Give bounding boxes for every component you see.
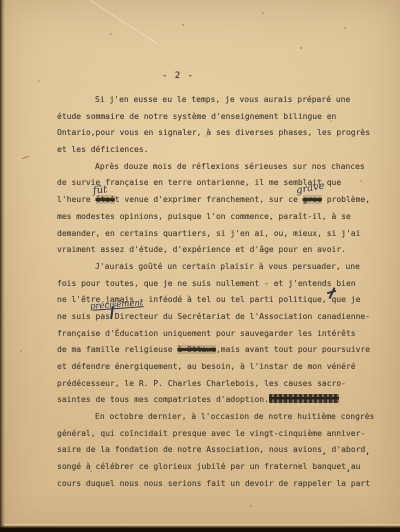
text-line: saintes de tous mes compatriotes d'adopt…: [57, 392, 379, 409]
typed-segment: problème,: [322, 195, 370, 204]
text-line: prédécesseur, le R. P. Charles Charleboi…: [57, 376, 379, 393]
handwritten-insertion: ,: [322, 447, 327, 456]
scan-bottom-edge-shadow: [0, 525, 400, 532]
struck-text: étai: [96, 195, 115, 204]
typed-segment: général, qui coïncidait presque avec le …: [57, 429, 365, 438]
typed-segment: d'abord: [327, 445, 366, 454]
handwritten-insertion: ,: [346, 464, 351, 473]
typed-segment: ,mais avant tout pour poursuivre: [216, 345, 370, 354]
text-line: saire de la fondation de notre Associati…: [57, 442, 379, 459]
obliterated-text: [269, 394, 339, 403]
text-line: étude sommaire de notre système d'enseig…: [57, 109, 379, 126]
text-line: En octobre dernier, à l'occasion de notr…: [57, 409, 379, 426]
typed-segment: de ma famille religieuse: [57, 345, 177, 354]
typed-segment: Ontario,pour vous en signaler, à ses div…: [57, 128, 370, 137]
typed-segment: songé à célébrer ce glorieux jubilé par …: [57, 462, 346, 471]
text-line: française d'Éducation uniquement pour sa…: [57, 326, 379, 343]
typed-segment: demander, en certains quartiers, si j'en…: [57, 229, 360, 238]
handwritten-correction-fut: fût: [92, 184, 107, 196]
text-line: de ma famille religieuse à Ottawa,mais a…: [57, 342, 379, 359]
struck-text: gros: [303, 195, 322, 204]
scan-left-edge-shadow: [0, 0, 5, 528]
text-line: Après douze mois de réflexions sérieuses…: [57, 159, 379, 176]
typed-segment: prédécesseur, le R. P. Charles Charleboi…: [57, 379, 346, 388]
paper-crease: [48, 0, 158, 44]
text-line: vraiment assez d'étude, d'expérience et …: [57, 242, 379, 259]
text-line: général, qui coïncidait presque avec le …: [57, 426, 379, 443]
typed-segment: mes modestes opinions, puisque l'on comm…: [57, 212, 351, 221]
page-number: - 2 -: [148, 71, 208, 81]
typed-segment: l'heure: [57, 195, 96, 204]
typed-segment: ne suis pas Directeur du Secrétariat de …: [57, 312, 370, 321]
typed-segment: étude sommaire de notre système d'enseig…: [57, 112, 336, 121]
typed-segment: En octobre dernier, à l'occasion de notr…: [95, 412, 374, 421]
typed-segment: J'aurais goûté un certain plaisir à vous…: [95, 262, 360, 271]
text-line: mes modestes opinions, puisque l'on comm…: [57, 209, 379, 226]
text-line: cours duquel nous nous serions fait un d…: [57, 476, 379, 493]
typed-segment: et les déficiences.: [57, 145, 149, 154]
text-line: Ontario,pour vous en signaler, à ses div…: [57, 125, 379, 142]
insertion-cross-mark: [327, 287, 337, 300]
scanned-typewritten-page: - 2 - Si j'en eusse eu le temps, je vous…: [0, 0, 400, 532]
typed-segment: saintes de tous mes compatriotes d'adopt…: [57, 395, 269, 404]
text-line: J'aurais goûté un certain plaisir à vous…: [57, 259, 379, 276]
handwritten-insertion: ,: [365, 447, 370, 456]
text-line: songé à célébrer ce glorieux jubilé par …: [57, 459, 379, 476]
text-line: et défendre énergiquement, au besoin, à …: [57, 359, 379, 376]
typed-segment: au: [351, 462, 361, 471]
text-line: ne suis pas Directeur du Secrétariat de …: [57, 309, 379, 326]
text-line: demander, en certains quartiers, si j'en…: [57, 226, 379, 243]
text-line: Si j'en eusse eu le temps, je vous aurai…: [57, 92, 379, 109]
struck-text: à Ottawa: [177, 345, 216, 354]
typed-segment: Après douze mois de réflexions sérieuses…: [95, 162, 365, 171]
typed-segment: et défendre énergiquement, au besoin, à …: [57, 362, 356, 371]
typed-segment: vraiment assez d'étude, d'expérience et …: [57, 245, 346, 254]
typed-segment: t venue d'exprimer franchement, sur ce: [115, 195, 303, 204]
paper-fiber: [22, 156, 29, 160]
typed-segment: Si j'en eusse eu le temps, je vous aurai…: [95, 95, 350, 104]
typed-segment: française d'Éducation uniquement pour sa…: [57, 329, 356, 338]
typed-segment: cours duquel nous nous serions fait un d…: [57, 479, 370, 488]
typed-segment: fois pour toutes, que je ne suis nulleme…: [57, 279, 356, 288]
text-line: et les déficiences.: [57, 142, 379, 159]
typed-segment: saire de la fondation de notre Associati…: [57, 445, 322, 454]
